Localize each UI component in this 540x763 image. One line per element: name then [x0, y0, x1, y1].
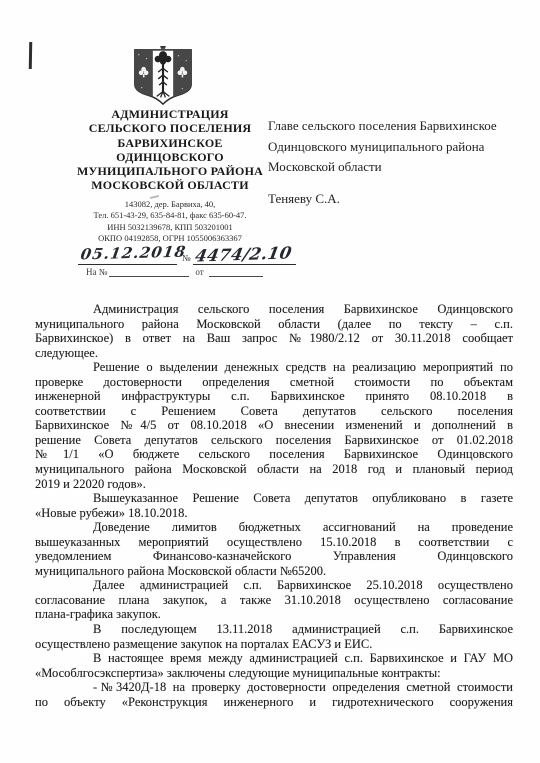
body-line: Далее администрацией с.п. Барвихинское 2… [35, 578, 513, 593]
body-line: Решение о выделении денежных средств на … [35, 360, 513, 375]
recipient-name: Теняеву С.А. [268, 189, 520, 210]
scan-artifact-mark [29, 42, 32, 69]
body-line: Вышеуказанное Решение Совета депутатов о… [35, 491, 513, 506]
recipient-address-line: Одинцовского муниципального района [268, 137, 520, 158]
reply-date-blank [209, 267, 263, 277]
org-line: ОДИНЦОВСКОГО [70, 150, 270, 164]
outgoing-number-field: 4474/2.10 [193, 243, 296, 265]
body-line: В последующем 13.11.2018 администрацией … [35, 622, 513, 637]
reply-number-blank [109, 267, 189, 277]
coat-of-arms-icon [132, 45, 194, 109]
reply-prefix-label: На № [86, 267, 107, 277]
contact-line: ИНН 5032139678, КПП 503201001 [60, 222, 280, 233]
body-line: №1/1 «О бюджете сельского поселения Барв… [35, 447, 513, 462]
body-line: муниципального района Московской области… [35, 462, 513, 477]
contact-line: Тел. 651-43-29, 635-84-81, факс 635-60-4… [60, 210, 280, 221]
sender-contact-info: 143082, дер. Барвиха, 40, Тел. 651-43-29… [60, 199, 280, 244]
body-line: уведомлением Финансово-казначейского Упр… [35, 549, 513, 564]
outgoing-number-handwritten: 4474/2.10 [194, 243, 294, 265]
body-line: -№3420Д-18 на проверку достоверности опр… [35, 680, 513, 695]
body-line: следующее. [35, 346, 513, 361]
body-line: «Новые рубежи» 18.10.2018. [35, 506, 513, 521]
body-line: плана-графика закупок. [35, 607, 513, 622]
body-line: Барвихинское №4/5 от 08.10.2018 «О внесе… [35, 418, 513, 433]
body-line: муниципального района Московской области… [35, 317, 513, 332]
body-line: Доведение лимитов бюджетных ассигнований… [35, 520, 513, 535]
body-line: муниципального района Московской области… [35, 564, 513, 579]
sender-organization-name: АДМИНИСТРАЦИЯ СЕЛЬСКОГО ПОСЕЛЕНИЯ БАРВИХ… [70, 107, 270, 193]
body-line: Барвихинское) в ответ на Ваш запрос №198… [35, 331, 513, 346]
body-line: вышеуказанных мероприятий осуществлено 1… [35, 535, 513, 550]
org-line: АДМИНИСТРАЦИЯ [70, 107, 270, 121]
contact-line: 143082, дер. Барвиха, 40, [60, 199, 280, 210]
outgoing-date-handwritten: 05.12.2018 [79, 243, 187, 264]
reply-from-label: от [195, 267, 203, 277]
body-line: соответствии с Решением Совета депутатов… [35, 404, 513, 419]
body-line: согласование плана закупок, а также 31.1… [35, 593, 513, 608]
org-line: МОСКОВСКОЙ ОБЛАСТИ [70, 178, 270, 192]
recipient-address-line: Московской области [268, 157, 520, 178]
reply-reference-line: На №от [86, 267, 263, 277]
body-line: инженерной инфраструктуры с.п. Барвихинс… [35, 389, 513, 404]
org-line: СЕЛЬСКОГО ПОСЕЛЕНИЯ [70, 121, 270, 135]
org-line: БАРВИХИНСКОЕ [70, 136, 270, 150]
scanned-letter-page: АДМИНИСТРАЦИЯ СЕЛЬСКОГО ПОСЕЛЕНИЯ БАРВИХ… [0, 0, 540, 763]
body-line: В настоящее время между администрацией с… [35, 651, 513, 666]
body-line: решение Совета депутатов сельского посел… [35, 433, 513, 448]
letter-body: Администрация сельского поселения Барвих… [35, 302, 513, 709]
recipient-address-line: Главе сельского поселения Барвихинское [268, 116, 520, 137]
recipient-block: Главе сельского поселения Барвихинское О… [268, 116, 520, 209]
body-line: по объекту «Реконструкция инженерного и … [35, 695, 513, 710]
outgoing-date-field: 05.12.2018 [78, 244, 177, 265]
body-line: проверке достоверности определения сметн… [35, 375, 513, 390]
outgoing-reference: 05.12.2018 № 4474/2.10 [78, 243, 296, 265]
org-line: МУНИЦИПАЛЬНОГО РАЙОНА [70, 164, 270, 178]
body-line: «Мособлгосэкспертиза» заключены следующи… [35, 666, 513, 681]
body-line: 2019 и 22020 годов». [35, 477, 513, 492]
body-line: осуществлено размещение закупок на порта… [35, 637, 513, 652]
body-line: Администрация сельского поселения Барвих… [35, 302, 513, 317]
